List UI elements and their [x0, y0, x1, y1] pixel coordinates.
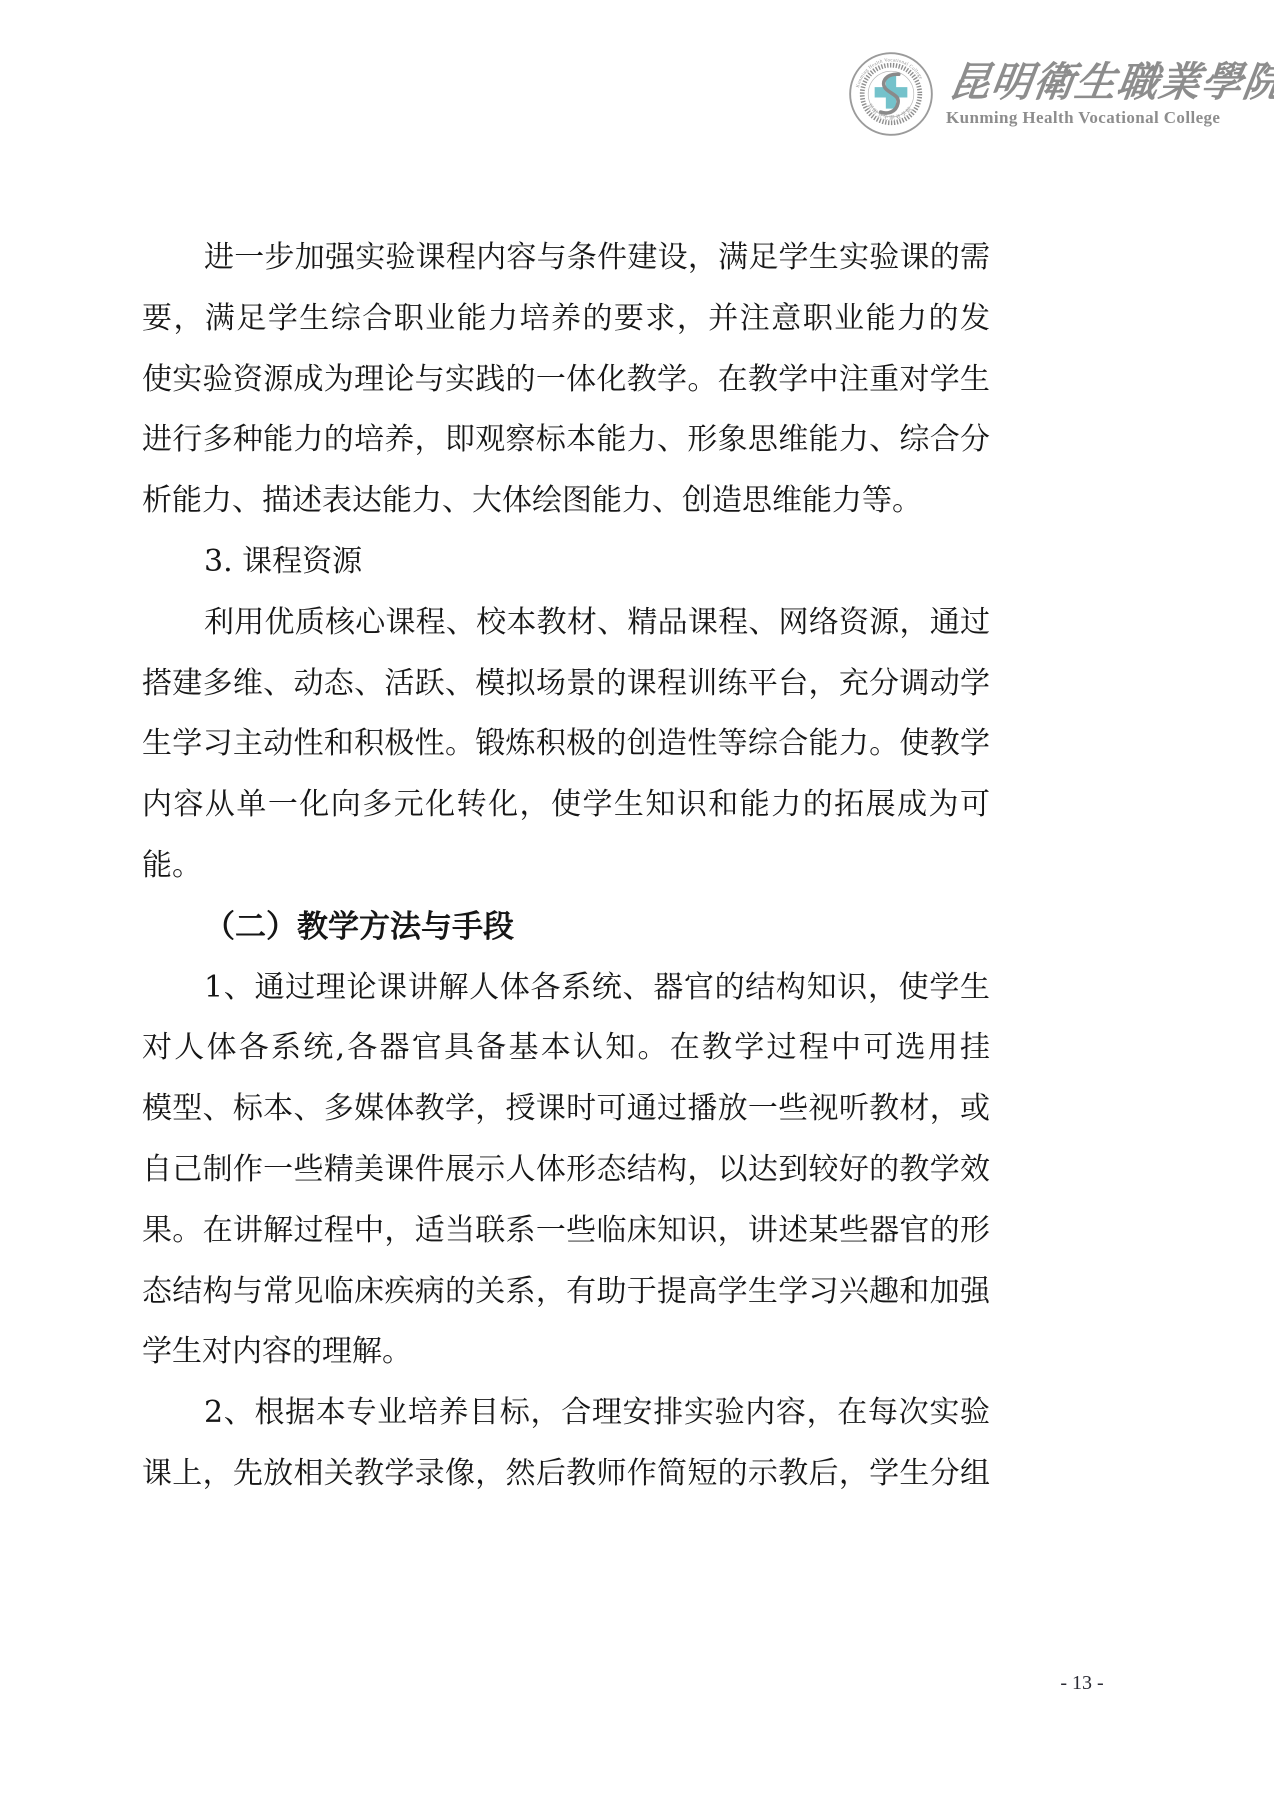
section-heading-line: （二）教学方法与手段	[142, 897, 990, 958]
college-seal-icon: Kunming Health Vocational College 昆明卫生职业…	[848, 51, 934, 137]
text-line: 态结构与常见临床疾病的关系，有助于提高学生学习兴趣和加强	[142, 1262, 990, 1323]
document-page: Kunming Health Vocational College 昆明卫生职业…	[0, 0, 1274, 1801]
text-line: 1、通过理论课讲解人体各系统、器官的结构知识，使学生	[142, 958, 990, 1019]
text-line: 生学习主动性和积极性。锻炼积极的创造性等综合能力。使教学	[142, 714, 990, 775]
text-line: 学生对内容的理解。	[142, 1322, 990, 1383]
text-line: 能。	[142, 836, 990, 897]
text-line: 课上，先放相关教学录像，然后教师作简短的示教后，学生分组	[142, 1444, 990, 1505]
text-line: 析能力、描述表达能力、大体绘图能力、创造思维能力等。	[142, 471, 990, 532]
text-line: 对人体各系统,各器官具备基本认知。在教学过程中可选用挂图、	[142, 1018, 990, 1079]
college-name-calligraphy: 昆明衛生職業學院	[946, 59, 1274, 105]
text-line: 要，满足学生综合职业能力培养的要求，并注意职业能力的发展，	[142, 289, 990, 350]
page-number: - 13 -	[1032, 1670, 1132, 1696]
text-line: 自己制作一些精美课件展示人体形态结构，以达到较好的教学效	[142, 1140, 990, 1201]
college-logo: Kunming Health Vocational College 昆明卫生职业…	[848, 48, 1274, 140]
text-line: 进行多种能力的培养，即观察标本能力、形象思维能力、综合分	[142, 410, 990, 471]
document-body: 进一步加强实验课程内容与条件建设，满足学生实验课的需要，满足学生综合职业能力培养…	[142, 228, 990, 1505]
text-line: 3. 课程资源	[142, 532, 990, 593]
text-line: 果。在讲解过程中，适当联系一些临床知识，讲述某些器官的形	[142, 1201, 990, 1262]
text-line: 进一步加强实验课程内容与条件建设，满足学生实验课的需	[142, 228, 990, 289]
text-line: 使实验资源成为理论与实践的一体化教学。在教学中注重对学生	[142, 350, 990, 411]
college-name-english: Kunming Health Vocational College	[946, 107, 1274, 129]
text-line: 搭建多维、动态、活跃、模拟场景的课程训练平台，充分调动学	[142, 654, 990, 715]
text-line: 利用优质核心课程、校本教材、精品课程、网络资源，通过	[142, 593, 990, 654]
text-line: 内容从单一化向多元化转化，使学生知识和能力的拓展成为可	[142, 775, 990, 836]
text-line: 2、根据本专业培养目标，合理安排实验内容，在每次实验	[142, 1383, 990, 1444]
text-line: 模型、标本、多媒体教学，授课时可通过播放一些视听教材，或	[142, 1079, 990, 1140]
